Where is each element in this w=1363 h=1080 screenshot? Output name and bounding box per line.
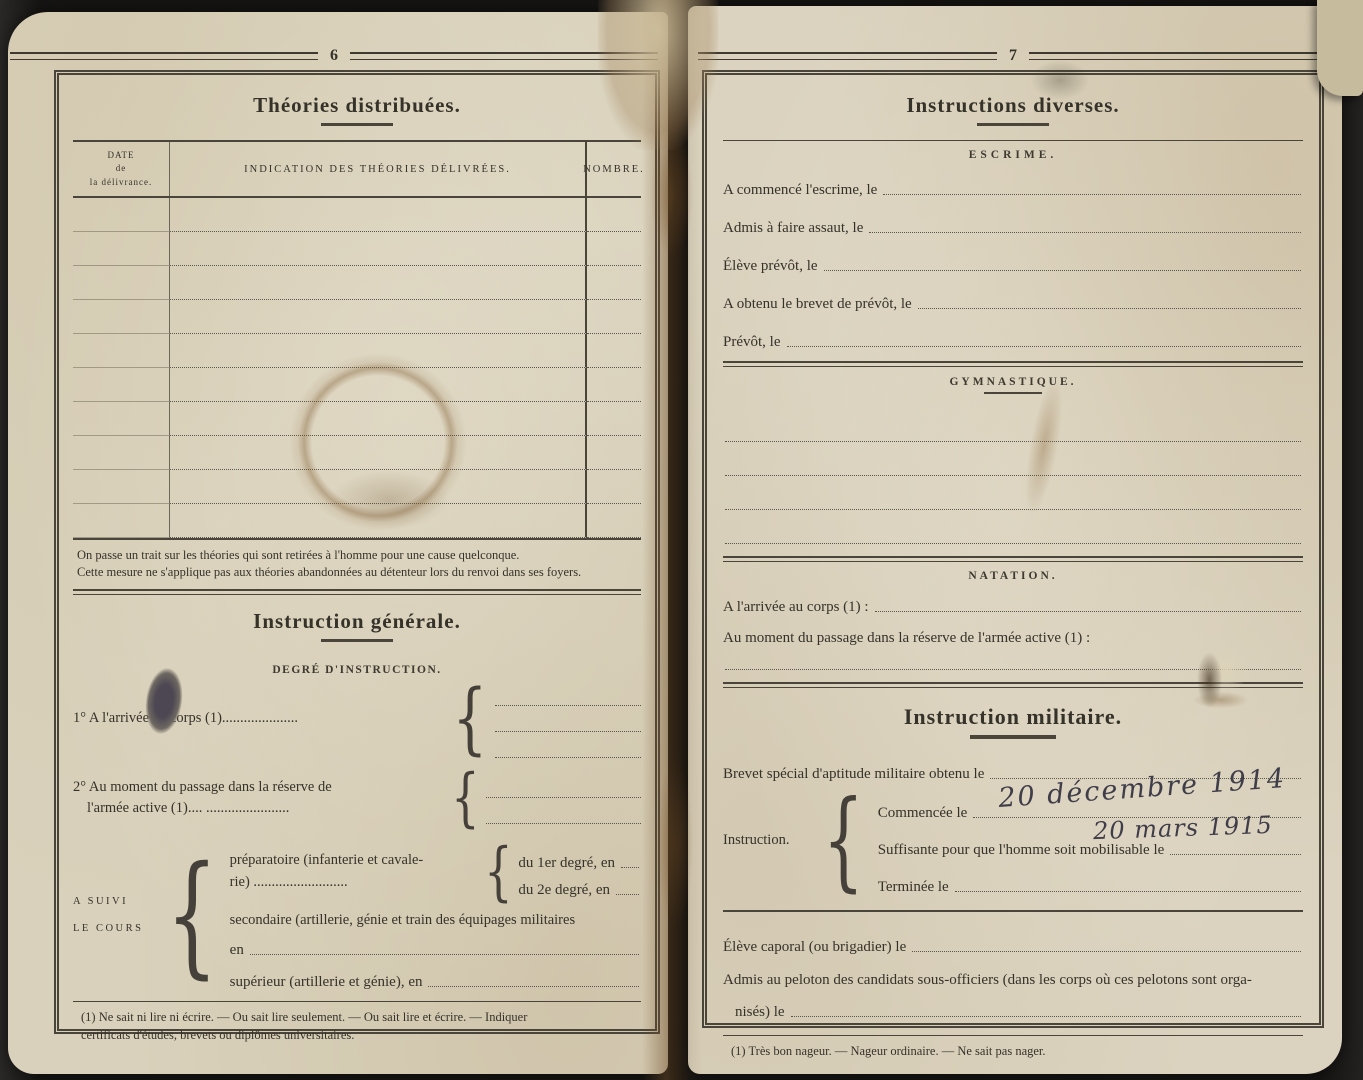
table-row: [73, 232, 641, 266]
table-row: [73, 198, 641, 232]
brace-glyph: {: [484, 840, 513, 904]
page-6-paper: 6 Théories distribuées. DATE de la déliv…: [8, 12, 668, 1074]
eleve-caporal-line: Élève caporal (ou brigadier) le: [723, 912, 1303, 956]
brace-glyph: {: [451, 766, 480, 830]
gymnastique-heading: GYMNASTIQUE.: [723, 376, 1303, 388]
degre-1-label: du 1er degré, en: [518, 855, 615, 872]
page-7-title: Instructions diverses.: [723, 93, 1303, 118]
instruction-block: Instruction. { Commencée le 20 décembre …: [723, 785, 1303, 896]
table-row: [73, 504, 641, 538]
page-6-number: 6: [330, 48, 338, 64]
theories-table: DATE de la délivrance. INDICATION DES TH…: [73, 140, 641, 540]
degre-item-2-lines: [486, 772, 641, 824]
handwritten-date-suffisante: 20 mars 1915: [1093, 811, 1274, 845]
page-6-number-bar: 6: [10, 48, 658, 64]
table-row: [73, 266, 641, 300]
rule-left: [698, 52, 997, 60]
instruction-militaire-title: Instruction militaire.: [723, 704, 1303, 730]
degre-item-1-lines: [495, 680, 641, 758]
table-row: [73, 368, 641, 402]
degre-item-2-label: 2° Au moment du passage dans la réserve …: [73, 777, 445, 819]
natation-blank-line: [725, 647, 1301, 670]
theories-note: On passe un trait sur les théories qui s…: [73, 540, 641, 589]
cours-content: préparatoire (infanterie et cavale- rie)…: [230, 840, 641, 991]
natation-line-2: Au moment du passage dans la réserve de …: [723, 630, 1303, 647]
divider: [723, 682, 1303, 688]
degre-item-1: 1° A l'arrivée au corps (1).............…: [73, 680, 641, 758]
brace-glyph: {: [166, 849, 218, 981]
degre-instruction-heading: DEGRÉ D'INSTRUCTION.: [73, 664, 641, 676]
scanned-booklet-photo: 6 Théories distribuées. DATE de la déliv…: [0, 0, 1363, 1080]
divider: [73, 589, 641, 595]
page-7-number-bar: 7: [698, 48, 1328, 64]
peloton-line-2: nisés) le: [723, 989, 1303, 1021]
divider: [723, 361, 1303, 367]
divider: [723, 140, 1303, 141]
terminee-line: Terminée le: [878, 859, 1303, 896]
rule-left: [10, 52, 318, 60]
footnote-line-2: certificats d'études, brevets ou diplôme…: [81, 1026, 633, 1044]
instruction-label: Instruction.: [723, 832, 809, 849]
a-suivi-le-cours-block: A SUIVI LE COURS { préparatoire (infante…: [73, 840, 641, 991]
title-rule: [321, 639, 393, 642]
rule-right: [1029, 52, 1328, 60]
escrime-lines: A commencé l'escrime, le Admis à faire a…: [723, 161, 1303, 351]
brace-glyph: {: [823, 787, 864, 895]
divider: [723, 556, 1303, 562]
preparatoire-label: préparatoire (infanterie et cavale- rie)…: [230, 850, 478, 894]
theories-table-header: DATE de la délivrance. INDICATION DES TH…: [73, 142, 641, 198]
escrime-line: Admis à faire assaut, le: [723, 199, 1303, 237]
title-rule: [321, 123, 393, 126]
col-header-date: DATE de la délivrance.: [73, 142, 170, 196]
table-row: [73, 402, 641, 436]
degres-lines: du 1er degré, en du 2e degré, en: [518, 845, 641, 899]
escrime-line: Prévôt, le: [723, 313, 1303, 351]
page-6-title: Théories distribuées.: [73, 93, 641, 118]
peloton-line-1: Admis au peloton des candidats sous-offi…: [723, 972, 1303, 989]
page-7-number: 7: [1009, 48, 1017, 64]
title-rule: [977, 123, 1049, 126]
escrime-line: A commencé l'escrime, le: [723, 161, 1303, 199]
page-7-paper: 7 Instructions diverses. ESCRIME. A comm…: [688, 6, 1342, 1074]
note-line-2: Cette mesure ne s'applique pas aux théor…: [77, 564, 637, 581]
footnote-line-1: (1) Ne sait ni lire ni écrire. — Ou sait…: [81, 1008, 633, 1026]
table-row: [73, 300, 641, 334]
escrime-heading: ESCRIME.: [723, 149, 1303, 161]
gymnastique-blank-lines: [723, 408, 1303, 544]
cours-preparatoire-row: préparatoire (infanterie et cavale- rie)…: [230, 840, 641, 904]
instruction-rows: Commencée le 20 décembre 1914 Suffisante…: [878, 785, 1303, 896]
suffisante-line: Suffisante pour que l'homme soit mobilis…: [878, 822, 1303, 859]
rule-right: [350, 52, 658, 60]
degre-item-1-label: 1° A l'arrivée au corps (1).............…: [73, 708, 445, 729]
instruction-generale-title: Instruction générale.: [73, 609, 641, 634]
natation-heading: NATATION.: [723, 570, 1303, 582]
brace-glyph: {: [452, 680, 487, 758]
a-suivi-le-cours-label: A SUIVI LE COURS: [73, 888, 158, 943]
escrime-line: Élève prévôt, le: [723, 237, 1303, 275]
table-row: [73, 436, 641, 470]
page-7-frame: Instructions diverses. ESCRIME. A commen…: [702, 70, 1324, 1028]
table-row: [73, 334, 641, 368]
note-line-1: On passe un trait sur les théories qui s…: [77, 547, 637, 564]
cours-secondaire-en-line: en: [230, 929, 641, 959]
escrime-line: A obtenu le brevet de prévôt, le: [723, 275, 1303, 313]
natation-line-1: A l'arrivée au corps (1) :: [723, 582, 1303, 616]
cours-secondaire-line: secondaire (artillerie, génie et train d…: [230, 912, 641, 929]
col-header-nombre: NOMBRE.: [587, 142, 641, 196]
degre-2-label: du 2e degré, en: [518, 882, 610, 899]
degre-item-2: 2° Au moment du passage dans la réserve …: [73, 766, 641, 830]
table-row: [73, 470, 641, 504]
col-header-indication: INDICATION DES THÉORIES DÉLIVRÉES.: [170, 142, 587, 196]
page-7-footnote: (1) Très bon nageur. — Nageur ordinaire.…: [723, 1035, 1303, 1068]
cours-superieur-line: supérieur (artillerie et génie), en: [230, 959, 641, 991]
heading-rule: [984, 392, 1042, 394]
page-6-footnote: (1) Ne sait ni lire ni écrire. — Ou sait…: [73, 1001, 641, 1052]
page-6-frame: Théories distribuées. DATE de la délivra…: [54, 70, 660, 1034]
